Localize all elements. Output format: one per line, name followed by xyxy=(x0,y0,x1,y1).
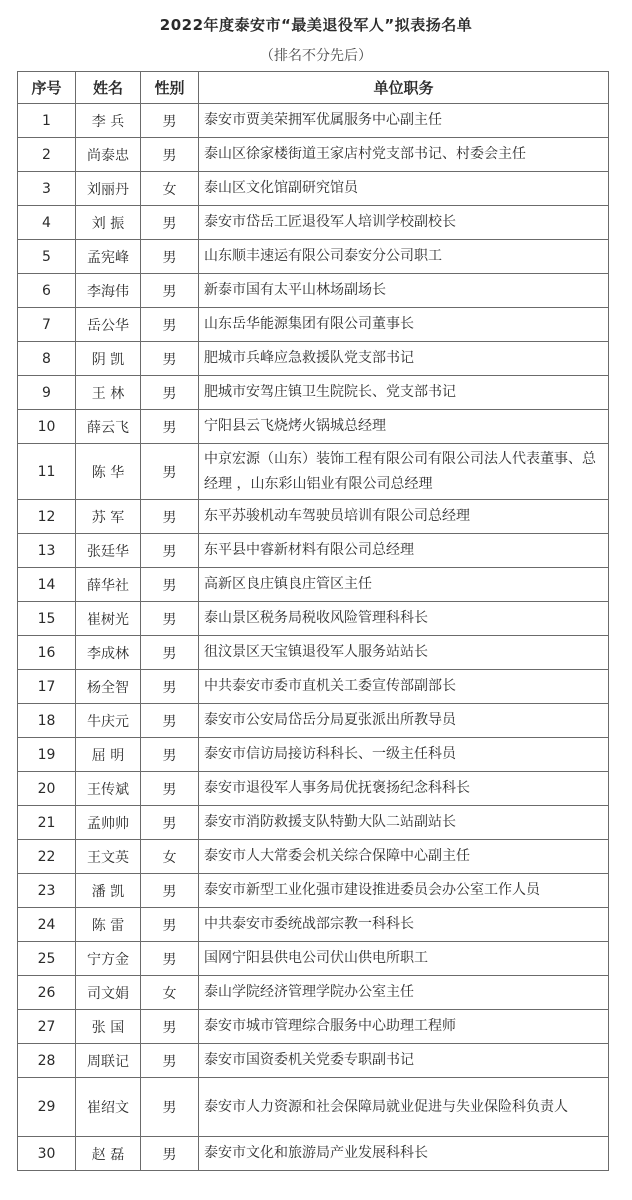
row-gender: 男 xyxy=(141,1044,199,1078)
row-gender: 男 xyxy=(141,1078,199,1137)
row-number: 11 xyxy=(18,444,76,500)
row-number: 16 xyxy=(18,636,76,670)
row-position: 徂汶景区天宝镇退役军人服务站站长 xyxy=(199,636,609,670)
row-gender: 男 xyxy=(141,534,199,568)
row-name: 薛华社 xyxy=(76,568,141,602)
row-gender: 男 xyxy=(141,806,199,840)
row-name: 杨全智 xyxy=(76,670,141,704)
row-number: 14 xyxy=(18,568,76,602)
row-gender: 男 xyxy=(141,874,199,908)
row-number: 10 xyxy=(18,410,76,444)
table-row: 17杨全智男中共泰安市委市直机关工委宣传部副部长 xyxy=(18,670,609,704)
row-name: 周联记 xyxy=(76,1044,141,1078)
row-number: 28 xyxy=(18,1044,76,1078)
row-name: 牛庆元 xyxy=(76,704,141,738)
row-gender: 男 xyxy=(141,1137,199,1171)
row-gender: 男 xyxy=(141,1010,199,1044)
row-number: 7 xyxy=(18,308,76,342)
row-position: 国网宁阳县供电公司伏山供电所职工 xyxy=(199,942,609,976)
row-name: 孟帅帅 xyxy=(76,806,141,840)
header-name: 姓名 xyxy=(76,72,141,104)
row-position: 山东岳华能源集团有限公司董事长 xyxy=(199,308,609,342)
row-position: 泰安市国资委机关党委专职副书记 xyxy=(199,1044,609,1078)
row-name: 陈 华 xyxy=(76,444,141,500)
row-gender: 男 xyxy=(141,908,199,942)
row-number: 25 xyxy=(18,942,76,976)
row-name: 潘 凯 xyxy=(76,874,141,908)
row-name: 屈 明 xyxy=(76,738,141,772)
row-name: 王文英 xyxy=(76,840,141,874)
row-gender: 男 xyxy=(141,602,199,636)
table-row: 10薛云飞男宁阳县云飞烧烤火锅城总经理 xyxy=(18,410,609,444)
row-name: 刘丽丹 xyxy=(76,172,141,206)
table-row: 4刘 振男泰安市岱岳工匠退役军人培训学校副校长 xyxy=(18,206,609,240)
table-header-row: 序号 姓名 性别 单位职务 xyxy=(18,72,609,104)
table-row: 23潘 凯男泰安市新型工业化强市建设推进委员会办公室工作人员 xyxy=(18,874,609,908)
table-row: 15崔树光男泰山景区税务局税收风险管理科科长 xyxy=(18,602,609,636)
table-row: 7岳公华男山东岳华能源集团有限公司董事长 xyxy=(18,308,609,342)
row-position: 泰山区文化馆副研究馆员 xyxy=(199,172,609,206)
row-name: 崔树光 xyxy=(76,602,141,636)
row-position: 泰安市公安局岱岳分局夏张派出所教导员 xyxy=(199,704,609,738)
honoree-table: 序号 姓名 性别 单位职务 1李 兵男泰安市贾美荣拥军优属服务中心副主任2尚泰忠… xyxy=(17,71,609,1171)
table-row: 30赵 磊男泰安市文化和旅游局产业发展科科长 xyxy=(18,1137,609,1171)
row-name: 陈 雷 xyxy=(76,908,141,942)
row-position: 新泰市国有太平山林场副场长 xyxy=(199,274,609,308)
table-row: 26司文娟女泰山学院经济管理学院办公室主任 xyxy=(18,976,609,1010)
row-gender: 男 xyxy=(141,376,199,410)
row-gender: 男 xyxy=(141,500,199,534)
row-gender: 女 xyxy=(141,172,199,206)
row-number: 17 xyxy=(18,670,76,704)
row-name: 王 林 xyxy=(76,376,141,410)
table-row: 22王文英女泰安市人大常委会机关综合保障中心副主任 xyxy=(18,840,609,874)
row-gender: 男 xyxy=(141,704,199,738)
row-number: 4 xyxy=(18,206,76,240)
table-row: 5孟宪峰男山东顺丰速运有限公司泰安分公司职工 xyxy=(18,240,609,274)
header-position: 单位职务 xyxy=(199,72,609,104)
row-position: 泰山区徐家楼街道王家店村党支部书记、村委会主任 xyxy=(199,138,609,172)
row-position: 中共泰安市委统战部宗教一科科长 xyxy=(199,908,609,942)
row-number: 27 xyxy=(18,1010,76,1044)
row-position: 泰安市新型工业化强市建设推进委员会办公室工作人员 xyxy=(199,874,609,908)
row-gender: 女 xyxy=(141,976,199,1010)
row-position: 山东顺丰速运有限公司泰安分公司职工 xyxy=(199,240,609,274)
row-number: 5 xyxy=(18,240,76,274)
table-row: 11陈 华男中京宏源（山东）装饰工程有限公司有限公司法人代表董事、总经理 ，山东… xyxy=(18,444,609,500)
table-row: 21孟帅帅男泰安市消防救援支队特勤大队二站副站长 xyxy=(18,806,609,840)
table-row: 29崔绍文男泰安市人力资源和社会保障局就业促进与失业保险科负责人 xyxy=(18,1078,609,1137)
row-number: 21 xyxy=(18,806,76,840)
row-number: 6 xyxy=(18,274,76,308)
row-gender: 男 xyxy=(141,568,199,602)
row-name: 尚泰忠 xyxy=(76,138,141,172)
table-row: 8阴 凯男肥城市兵峰应急救援队党支部书记 xyxy=(18,342,609,376)
row-position: 泰安市信访局接访科科长、一级主任科员 xyxy=(199,738,609,772)
row-position: 泰安市岱岳工匠退役军人培训学校副校长 xyxy=(199,206,609,240)
row-gender: 男 xyxy=(141,308,199,342)
row-gender: 男 xyxy=(141,104,199,138)
row-number: 12 xyxy=(18,500,76,534)
row-position: 东平苏骏机动车驾驶员培训有限公司总经理 xyxy=(199,500,609,534)
row-position: 中共泰安市委市直机关工委宣传部副部长 xyxy=(199,670,609,704)
row-gender: 男 xyxy=(141,410,199,444)
row-name: 李 兵 xyxy=(76,104,141,138)
row-gender: 男 xyxy=(141,138,199,172)
row-number: 1 xyxy=(18,104,76,138)
document-title: 2022年度泰安市“最美退役军人”拟表扬名单 xyxy=(0,14,632,35)
row-gender: 男 xyxy=(141,670,199,704)
table-row: 16李成林男徂汶景区天宝镇退役军人服务站站长 xyxy=(18,636,609,670)
row-number: 22 xyxy=(18,840,76,874)
row-position: 泰山景区税务局税收风险管理科科长 xyxy=(199,602,609,636)
row-number: 30 xyxy=(18,1137,76,1171)
row-gender: 男 xyxy=(141,444,199,500)
row-number: 26 xyxy=(18,976,76,1010)
row-position: 泰山学院经济管理学院办公室主任 xyxy=(199,976,609,1010)
table-row: 13张廷华男东平县中睿新材料有限公司总经理 xyxy=(18,534,609,568)
row-name: 张廷华 xyxy=(76,534,141,568)
row-name: 苏 军 xyxy=(76,500,141,534)
row-position: 中京宏源（山东）装饰工程有限公司有限公司法人代表董事、总经理 ，山东彩山铝业有限… xyxy=(199,444,609,500)
row-number: 2 xyxy=(18,138,76,172)
row-name: 阴 凯 xyxy=(76,342,141,376)
table-row: 25宁方金男国网宁阳县供电公司伏山供电所职工 xyxy=(18,942,609,976)
row-gender: 男 xyxy=(141,738,199,772)
row-number: 23 xyxy=(18,874,76,908)
header-gender: 性别 xyxy=(141,72,199,104)
table-row: 2尚泰忠男泰山区徐家楼街道王家店村党支部书记、村委会主任 xyxy=(18,138,609,172)
row-gender: 男 xyxy=(141,636,199,670)
document-subtitle: （排名不分先后） xyxy=(0,45,632,65)
row-gender: 女 xyxy=(141,840,199,874)
row-name: 张 国 xyxy=(76,1010,141,1044)
row-position: 宁阳县云飞烧烤火锅城总经理 xyxy=(199,410,609,444)
table-row: 18牛庆元男泰安市公安局岱岳分局夏张派出所教导员 xyxy=(18,704,609,738)
row-position: 泰安市城市管理综合服务中心助理工程师 xyxy=(199,1010,609,1044)
row-name: 王传斌 xyxy=(76,772,141,806)
row-position: 泰安市人大常委会机关综合保障中心副主任 xyxy=(199,840,609,874)
row-name: 刘 振 xyxy=(76,206,141,240)
table-row: 1李 兵男泰安市贾美荣拥军优属服务中心副主任 xyxy=(18,104,609,138)
row-name: 薛云飞 xyxy=(76,410,141,444)
table-row: 9王 林男肥城市安驾庄镇卫生院院长、党支部书记 xyxy=(18,376,609,410)
row-position: 泰安市退役军人事务局优抚褒扬纪念科科长 xyxy=(199,772,609,806)
table-row: 28周联记男泰安市国资委机关党委专职副书记 xyxy=(18,1044,609,1078)
row-position: 肥城市兵峰应急救援队党支部书记 xyxy=(199,342,609,376)
row-name: 李成林 xyxy=(76,636,141,670)
row-name: 宁方金 xyxy=(76,942,141,976)
row-position: 泰安市贾美荣拥军优属服务中心副主任 xyxy=(199,104,609,138)
row-name: 崔绍文 xyxy=(76,1078,141,1137)
row-number: 9 xyxy=(18,376,76,410)
row-position: 高新区良庄镇良庄管区主任 xyxy=(199,568,609,602)
row-name: 李海伟 xyxy=(76,274,141,308)
row-gender: 男 xyxy=(141,342,199,376)
row-number: 20 xyxy=(18,772,76,806)
row-number: 8 xyxy=(18,342,76,376)
row-position: 泰安市文化和旅游局产业发展科科长 xyxy=(199,1137,609,1171)
row-name: 司文娟 xyxy=(76,976,141,1010)
row-name: 赵 磊 xyxy=(76,1137,141,1171)
row-number: 13 xyxy=(18,534,76,568)
row-name: 孟宪峰 xyxy=(76,240,141,274)
row-number: 29 xyxy=(18,1078,76,1137)
table-row: 3刘丽丹女泰山区文化馆副研究馆员 xyxy=(18,172,609,206)
row-name: 岳公华 xyxy=(76,308,141,342)
row-number: 18 xyxy=(18,704,76,738)
row-gender: 男 xyxy=(141,240,199,274)
row-number: 24 xyxy=(18,908,76,942)
row-gender: 男 xyxy=(141,942,199,976)
row-position: 肥城市安驾庄镇卫生院院长、党支部书记 xyxy=(199,376,609,410)
table-body: 1李 兵男泰安市贾美荣拥军优属服务中心副主任2尚泰忠男泰山区徐家楼街道王家店村党… xyxy=(18,104,609,1171)
row-gender: 男 xyxy=(141,274,199,308)
table-row: 19屈 明男泰安市信访局接访科科长、一级主任科员 xyxy=(18,738,609,772)
table-row: 12苏 军男东平苏骏机动车驾驶员培训有限公司总经理 xyxy=(18,500,609,534)
row-position: 泰安市人力资源和社会保障局就业促进与失业保险科负责人 xyxy=(199,1078,609,1137)
table-row: 20王传斌男泰安市退役军人事务局优抚褒扬纪念科科长 xyxy=(18,772,609,806)
row-number: 19 xyxy=(18,738,76,772)
row-position: 东平县中睿新材料有限公司总经理 xyxy=(199,534,609,568)
table-row: 27张 国男泰安市城市管理综合服务中心助理工程师 xyxy=(18,1010,609,1044)
row-gender: 男 xyxy=(141,772,199,806)
row-number: 15 xyxy=(18,602,76,636)
table-row: 6李海伟男新泰市国有太平山林场副场长 xyxy=(18,274,609,308)
row-position: 泰安市消防救援支队特勤大队二站副站长 xyxy=(199,806,609,840)
row-number: 3 xyxy=(18,172,76,206)
table-row: 24陈 雷男中共泰安市委统战部宗教一科科长 xyxy=(18,908,609,942)
row-gender: 男 xyxy=(141,206,199,240)
header-number: 序号 xyxy=(18,72,76,104)
table-row: 14薛华社男高新区良庄镇良庄管区主任 xyxy=(18,568,609,602)
